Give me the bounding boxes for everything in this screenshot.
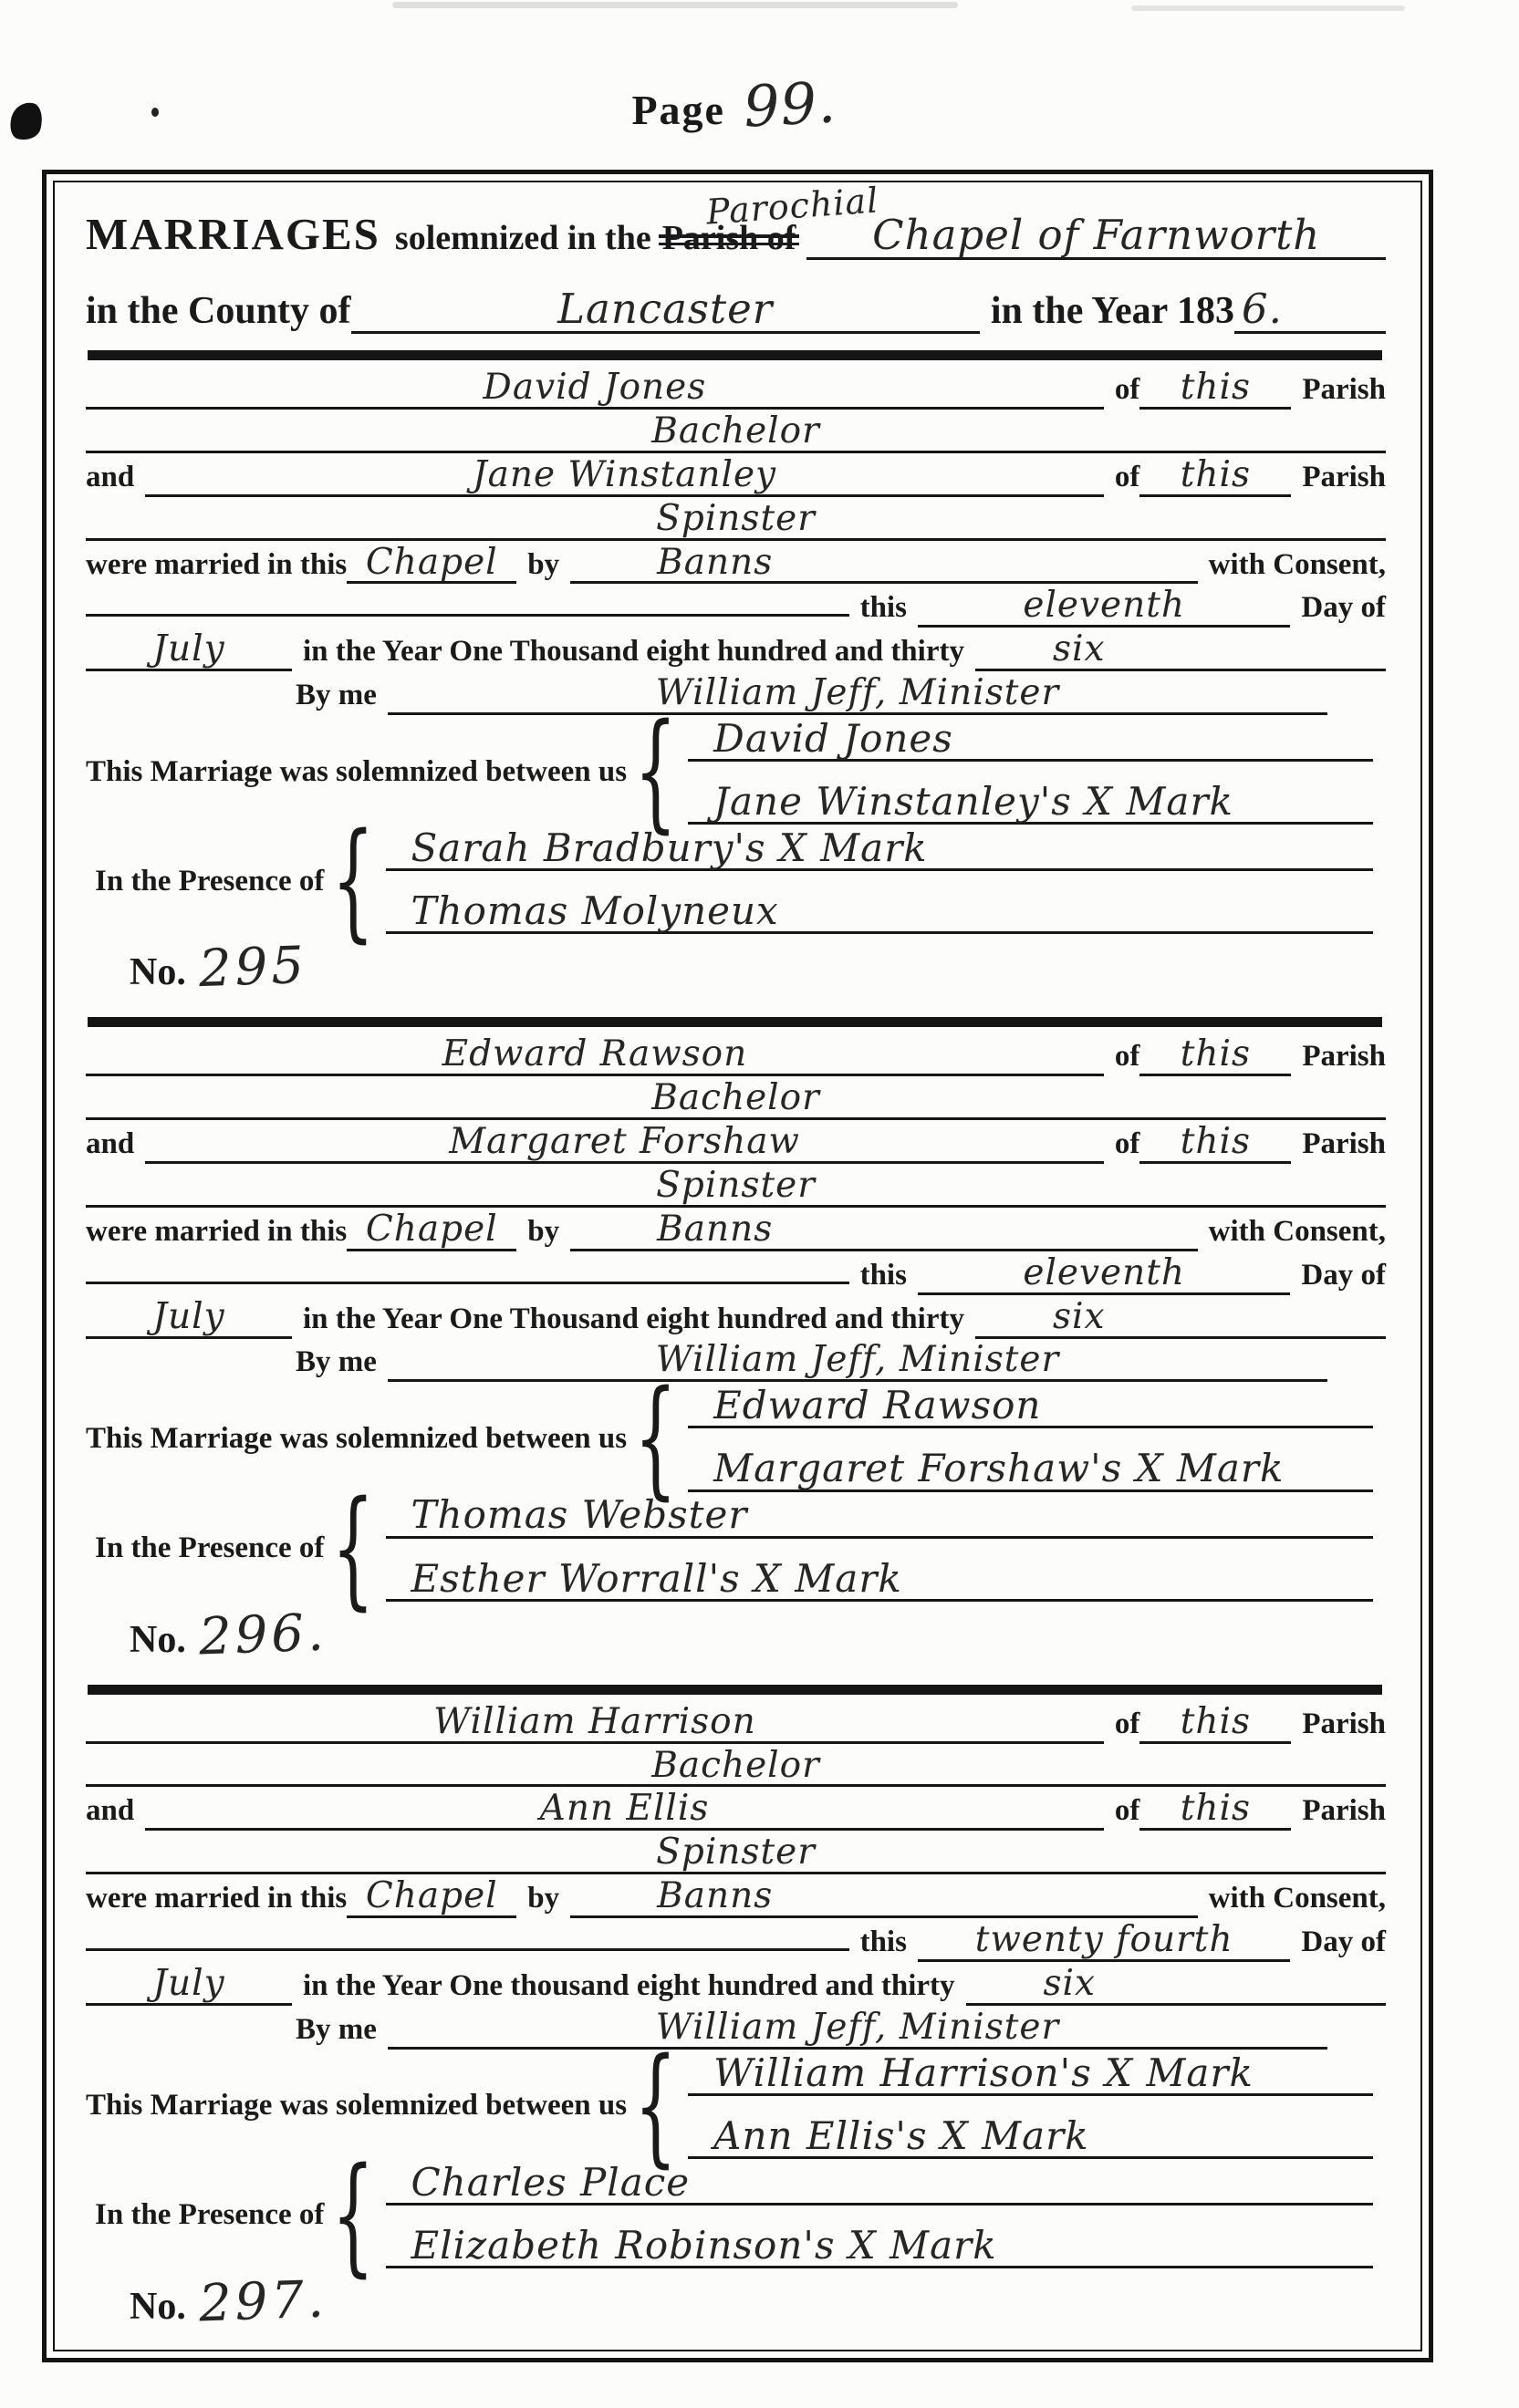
bride-parish: this: [1181, 1121, 1251, 1162]
bride-parish-rule: this: [1139, 1124, 1291, 1164]
entry-number-row: No. 296.: [86, 1605, 1386, 1665]
year-line-label: in the Year One Thousand eight hundred a…: [303, 1303, 964, 1336]
groom-parish-rule: this: [1139, 369, 1291, 410]
by-me-label: By me: [296, 1345, 377, 1379]
solemnized-row: This Marriage was solemnized between us …: [86, 1386, 1386, 1491]
place-rule: Chapel: [347, 1211, 516, 1251]
handwritten-county: Lancaster: [557, 285, 773, 333]
bride-parish: this: [1181, 1788, 1251, 1829]
bride-condition-row: Spinster: [86, 501, 1386, 541]
parish-label: Parish: [1302, 373, 1386, 407]
bride-name: Margaret Forshaw: [449, 1121, 800, 1162]
witness2-line: Esther Worrall's X Mark: [386, 1559, 1373, 1602]
minister-signature: William Jeff, Minister: [656, 1339, 1059, 1380]
left-brace-glyph: {: [634, 1375, 677, 1503]
marriage-year-end: six: [1053, 628, 1105, 669]
page-number: 99.: [742, 68, 838, 140]
form-heading: MARRIAGES solemnized in the Parish of Pa…: [86, 199, 1386, 334]
solemnized-text: solemnized in the: [395, 218, 651, 258]
of-label: of: [1115, 1040, 1140, 1074]
of-label: of: [1115, 1794, 1140, 1828]
bride-signature-line: Ann Ellis's X Mark: [688, 2116, 1373, 2159]
minister-row: By me William Jeff, Minister: [86, 1342, 1386, 1382]
in-presence-label: In the Presence of: [95, 865, 324, 898]
parish-label: Parish: [1302, 1707, 1386, 1741]
this-label: this: [860, 1259, 907, 1292]
place-rule: Chapel of Farnworth: [806, 213, 1386, 260]
groom-signature: Edward Rawson: [713, 1383, 1041, 1427]
entry-separator: [88, 1017, 1382, 1027]
couple-signatures: Edward Rawson Margaret Forshaw's X Mark: [688, 1386, 1373, 1491]
parish-label: Parish: [1302, 1040, 1386, 1074]
marriage-method: Banns: [657, 1875, 773, 1916]
bride-condition: Spinster: [656, 1165, 816, 1206]
bride-parish-rule: this: [1139, 457, 1291, 497]
of-label: of: [1115, 1127, 1140, 1161]
groom-condition: Bachelor: [651, 410, 820, 451]
by-me-label: By me: [296, 679, 377, 712]
bride-signature-line: Margaret Forshaw's X Mark: [688, 1448, 1373, 1491]
minister-rule: William Jeff, Minister: [388, 675, 1327, 715]
groom-condition: Bachelor: [651, 1745, 820, 1786]
no-label: No.: [130, 2285, 186, 2329]
bride-signature: Ann Ellis's X Mark: [713, 2113, 1089, 2158]
groom-parish-rule: this: [1139, 1704, 1291, 1744]
groom-signature: David Jones: [713, 716, 953, 761]
day-of-label: Day of: [1301, 1925, 1386, 1959]
groom-name-rule: David Jones: [86, 369, 1104, 410]
parish-label: Parish: [1302, 1127, 1386, 1161]
day-rule: twenty fourth: [918, 1922, 1290, 1962]
bride-condition-row: Spinster: [86, 1168, 1386, 1208]
in-presence-label: In the Presence of: [95, 1531, 324, 1565]
solemnized-row: This Marriage was solemnized between us …: [86, 2053, 1386, 2159]
groom-name-row: William Harrison of this Parish: [86, 1704, 1386, 1744]
bride-signature: Margaret Forshaw's X Mark: [713, 1446, 1284, 1490]
married-in-row: were married in this Chapel by Banns wit…: [86, 1211, 1386, 1251]
blank-rule: [86, 608, 849, 617]
groom-signature: William Harrison's X Mark: [713, 2050, 1254, 2095]
method-rule: Banns: [570, 1211, 1198, 1251]
groom-signature-line: Edward Rawson: [688, 1386, 1373, 1428]
groom-parish-rule: this: [1139, 1036, 1291, 1076]
place-rule: Chapel: [347, 1878, 516, 1918]
year-row: July in the Year One thousand eight hund…: [86, 1966, 1386, 2006]
in-presence-label: In the Presence of: [95, 2198, 324, 2232]
year-end-rule: six: [975, 1299, 1386, 1339]
year-line-label: in the Year One Thousand eight hundred a…: [303, 635, 964, 669]
parish-label: Parish: [1302, 1794, 1386, 1828]
and-label: and: [86, 1794, 134, 1828]
witness2-signature: Elizabeth Robinson's X Mark: [411, 2223, 997, 2268]
entry-number-row: No. 295: [86, 938, 1386, 997]
year-end-rule: six: [966, 1966, 1386, 2006]
witness-signatures: Thomas Webster Esther Worrall's X Mark: [386, 1495, 1373, 1601]
register-form-border: MARRIAGES solemnized in the Parish of Pa…: [42, 170, 1433, 2362]
entry-number: 295: [198, 936, 308, 999]
county-rule: Lancaster: [351, 287, 980, 334]
marriage-month: July: [152, 1963, 224, 2004]
groom-name-rule: William Harrison: [86, 1704, 1104, 1744]
witness1-line: Charles Place: [386, 2163, 1373, 2206]
bride-condition-rule: Spinster: [86, 1168, 1386, 1208]
of-label: of: [1115, 461, 1140, 494]
marriage-day: eleventh: [1023, 1252, 1185, 1293]
left-brace-glyph: {: [634, 2041, 677, 2170]
with-consent-label: with Consent,: [1209, 1882, 1386, 1915]
groom-condition-rule: Bachelor: [86, 1748, 1386, 1788]
minister-rule: William Jeff, Minister: [388, 2009, 1327, 2050]
marriage-year-end: six: [1044, 1963, 1096, 2004]
by-label: by: [527, 1882, 559, 1915]
marriage-method: Banns: [657, 542, 773, 583]
were-married-label: were married in this: [86, 1882, 347, 1915]
marriage-method: Banns: [657, 1209, 773, 1250]
couple-signatures: David Jones Jane Winstanley's X Mark: [688, 719, 1373, 825]
entry-separator: [88, 1685, 1382, 1695]
year-row: July in the Year One Thousand eight hund…: [86, 631, 1386, 671]
blank-rule: [86, 1943, 849, 1951]
groom-name-row: Edward Rawson of this Parish: [86, 1036, 1386, 1076]
witness1-signature: Thomas Webster: [411, 1492, 748, 1537]
and-label: and: [86, 1127, 134, 1161]
register-form: MARRIAGES solemnized in the Parish of Pa…: [53, 181, 1422, 2351]
day-row: this eleventh Day of: [86, 1255, 1386, 1295]
witness-signatures: Sarah Bradbury's X Mark Thomas Molyneux: [386, 828, 1373, 934]
by-label: by: [527, 548, 559, 582]
minister-signature: William Jeff, Minister: [656, 2007, 1059, 2048]
day-rule: eleventh: [918, 1255, 1290, 1295]
groom-condition-row: Bachelor: [86, 1080, 1386, 1120]
entry-number: 297.: [198, 2269, 328, 2333]
parish-label: Parish: [1302, 461, 1386, 494]
bride-signature-line: Jane Winstanley's X Mark: [688, 782, 1373, 825]
groom-signature-line: William Harrison's X Mark: [688, 2053, 1373, 2096]
this-label: this: [860, 591, 907, 625]
witness2-line: Elizabeth Robinson's X Mark: [386, 2226, 1373, 2268]
entries-container: David Jones of this Parish Bachelor and …: [86, 360, 1386, 2335]
year-row: July in the Year One Thousand eight hund…: [86, 1299, 1386, 1339]
bride-name-rule: Ann Ellis: [145, 1790, 1104, 1831]
scanned-register-page: Page 99. MARRIAGES solemnized in the Par…: [0, 0, 1519, 2408]
solemnized-between-label: This Marriage was solemnized between us: [86, 755, 627, 789]
and-label: and: [86, 461, 134, 494]
bride-condition-rule: Spinster: [86, 1834, 1386, 1874]
method-rule: Banns: [570, 1878, 1198, 1918]
marriage-place: Chapel: [366, 542, 498, 583]
presence-row: In the Presence of { Charles Place Eliza…: [86, 2163, 1386, 2268]
groom-name-row: David Jones of this Parish: [86, 369, 1386, 410]
year-rule: 6.: [1234, 287, 1386, 334]
married-in-row: were married in this Chapel by Banns wit…: [86, 1878, 1386, 1918]
were-married-label: were married in this: [86, 548, 347, 582]
marriage-entry: Edward Rawson of this Parish Bachelor an…: [86, 1027, 1386, 1667]
bride-name: Ann Ellis: [540, 1788, 710, 1829]
groom-condition-rule: Bachelor: [86, 413, 1386, 453]
day-row: this eleventh Day of: [86, 587, 1386, 628]
bride-name: Jane Winstanley: [473, 454, 776, 495]
no-label: No.: [130, 950, 186, 994]
handwritten-place: Chapel of Farnworth: [872, 211, 1320, 259]
no-label: No.: [130, 1618, 186, 1662]
couple-signatures: William Harrison's X Mark Ann Ellis's X …: [688, 2053, 1373, 2159]
page-label: Page: [631, 86, 725, 134]
minister-row: By me William Jeff, Minister: [86, 2009, 1386, 2050]
entry-number: 296.: [198, 1603, 328, 1666]
marriage-day: twenty fourth: [975, 1919, 1233, 1960]
witness-signatures: Charles Place Elizabeth Robinson's X Mar…: [386, 2163, 1373, 2268]
section-separator: [88, 350, 1382, 360]
groom-parish: this: [1181, 1033, 1251, 1074]
bride-parish: this: [1181, 454, 1251, 495]
left-brace-glyph: {: [634, 708, 677, 836]
of-label: of: [1115, 373, 1140, 407]
groom-name: William Harrison: [433, 1701, 756, 1742]
minister-rule: William Jeff, Minister: [388, 1342, 1327, 1382]
groom-parish: this: [1181, 1701, 1251, 1742]
marriage-place: Chapel: [366, 1875, 498, 1916]
marriage-day: eleventh: [1023, 585, 1185, 626]
witness1-line: Sarah Bradbury's X Mark: [386, 828, 1373, 871]
marriage-entry: David Jones of this Parish Bachelor and …: [86, 360, 1386, 1001]
presence-row: In the Presence of { Sarah Bradbury's X …: [86, 828, 1386, 934]
handwritten-year: 6.: [1242, 285, 1283, 333]
left-brace-glyph: {: [331, 2152, 374, 2280]
bride-signature: Jane Winstanley's X Mark: [713, 779, 1233, 824]
groom-signature-line: David Jones: [688, 719, 1373, 762]
bride-condition-row: Spinster: [86, 1834, 1386, 1874]
by-me-label: By me: [296, 2013, 377, 2047]
groom-name: Edward Rawson: [442, 1033, 748, 1074]
bride-condition-rule: Spinster: [86, 501, 1386, 541]
bride-name-rule: Margaret Forshaw: [145, 1124, 1104, 1164]
bride-name-row: and Ann Ellis of this Parish: [86, 1790, 1386, 1831]
minister-signature: William Jeff, Minister: [656, 672, 1059, 713]
witness1-line: Thomas Webster: [386, 1495, 1373, 1538]
heading-line-2: in the County of Lancaster in the Year 1…: [86, 287, 1386, 334]
left-brace-glyph: {: [331, 1484, 374, 1613]
solemnized-row: This Marriage was solemnized between us …: [86, 719, 1386, 825]
presence-row: In the Presence of { Thomas Webster Esth…: [86, 1495, 1386, 1601]
groom-name-rule: Edward Rawson: [86, 1036, 1104, 1076]
place-rule: Chapel: [347, 545, 516, 585]
month-rule: July: [86, 1966, 292, 2006]
county-text: in the County of: [86, 289, 351, 333]
day-rule: eleventh: [918, 587, 1290, 628]
witness2-signature: Esther Worrall's X Mark: [411, 1556, 902, 1601]
day-row: this twenty fourth Day of: [86, 1922, 1386, 1962]
this-label: this: [860, 1925, 907, 1959]
marriages-title: MARRIAGES: [86, 208, 380, 260]
bride-condition: Spinster: [656, 498, 816, 539]
marriage-year-end: six: [1053, 1296, 1105, 1337]
witness2-signature: Thomas Molyneux: [411, 888, 779, 933]
entry-number-row: No. 297.: [86, 2272, 1386, 2331]
bride-name-row: and Jane Winstanley of this Parish: [86, 457, 1386, 497]
groom-parish: this: [1181, 367, 1251, 408]
month-rule: July: [86, 631, 292, 671]
groom-condition-row: Bachelor: [86, 1748, 1386, 1788]
marriage-place: Chapel: [366, 1209, 498, 1250]
with-consent-label: with Consent,: [1209, 548, 1386, 582]
solemnized-between-label: This Marriage was solemnized between us: [86, 2089, 627, 2123]
blank-rule: [86, 1276, 849, 1284]
witness2-line: Thomas Molyneux: [386, 891, 1373, 934]
groom-condition-row: Bachelor: [86, 413, 1386, 453]
minister-row: By me William Jeff, Minister: [86, 675, 1386, 715]
year-end-rule: six: [975, 631, 1386, 671]
bride-name-rule: Jane Winstanley: [145, 457, 1104, 497]
struck-parish-of: Parish of Parochial: [659, 218, 800, 258]
solemnized-between-label: This Marriage was solemnized between us: [86, 1422, 627, 1456]
bride-condition: Spinster: [656, 1832, 816, 1873]
left-brace-glyph: {: [331, 817, 374, 946]
scan-smudge: [392, 2, 958, 8]
marriage-month: July: [152, 628, 224, 669]
groom-condition: Bachelor: [651, 1077, 820, 1118]
of-label: of: [1115, 1707, 1140, 1741]
page-header: Page 99.: [0, 71, 1519, 138]
method-rule: Banns: [570, 545, 1198, 585]
bride-parish-rule: this: [1139, 1790, 1291, 1831]
year-text: in the Year 183: [991, 289, 1234, 333]
scan-smudge: [1131, 5, 1405, 11]
marriage-entry: William Harrison of this Parish Bachelor…: [86, 1695, 1386, 2335]
day-of-label: Day of: [1301, 1259, 1386, 1292]
marriage-month: July: [152, 1296, 224, 1337]
groom-name: David Jones: [484, 367, 707, 408]
with-consent-label: with Consent,: [1209, 1215, 1386, 1249]
year-line-label: in the Year One thousand eight hundred a…: [303, 1969, 955, 2003]
by-label: by: [527, 1215, 559, 1249]
married-in-row: were married in this Chapel by Banns wit…: [86, 545, 1386, 585]
heading-line-1: MARRIAGES solemnized in the Parish of Pa…: [86, 208, 1386, 260]
bride-name-row: and Margaret Forshaw of this Parish: [86, 1124, 1386, 1164]
were-married-label: were married in this: [86, 1215, 347, 1249]
month-rule: July: [86, 1299, 292, 1339]
groom-condition-rule: Bachelor: [86, 1080, 1386, 1120]
day-of-label: Day of: [1301, 591, 1386, 625]
